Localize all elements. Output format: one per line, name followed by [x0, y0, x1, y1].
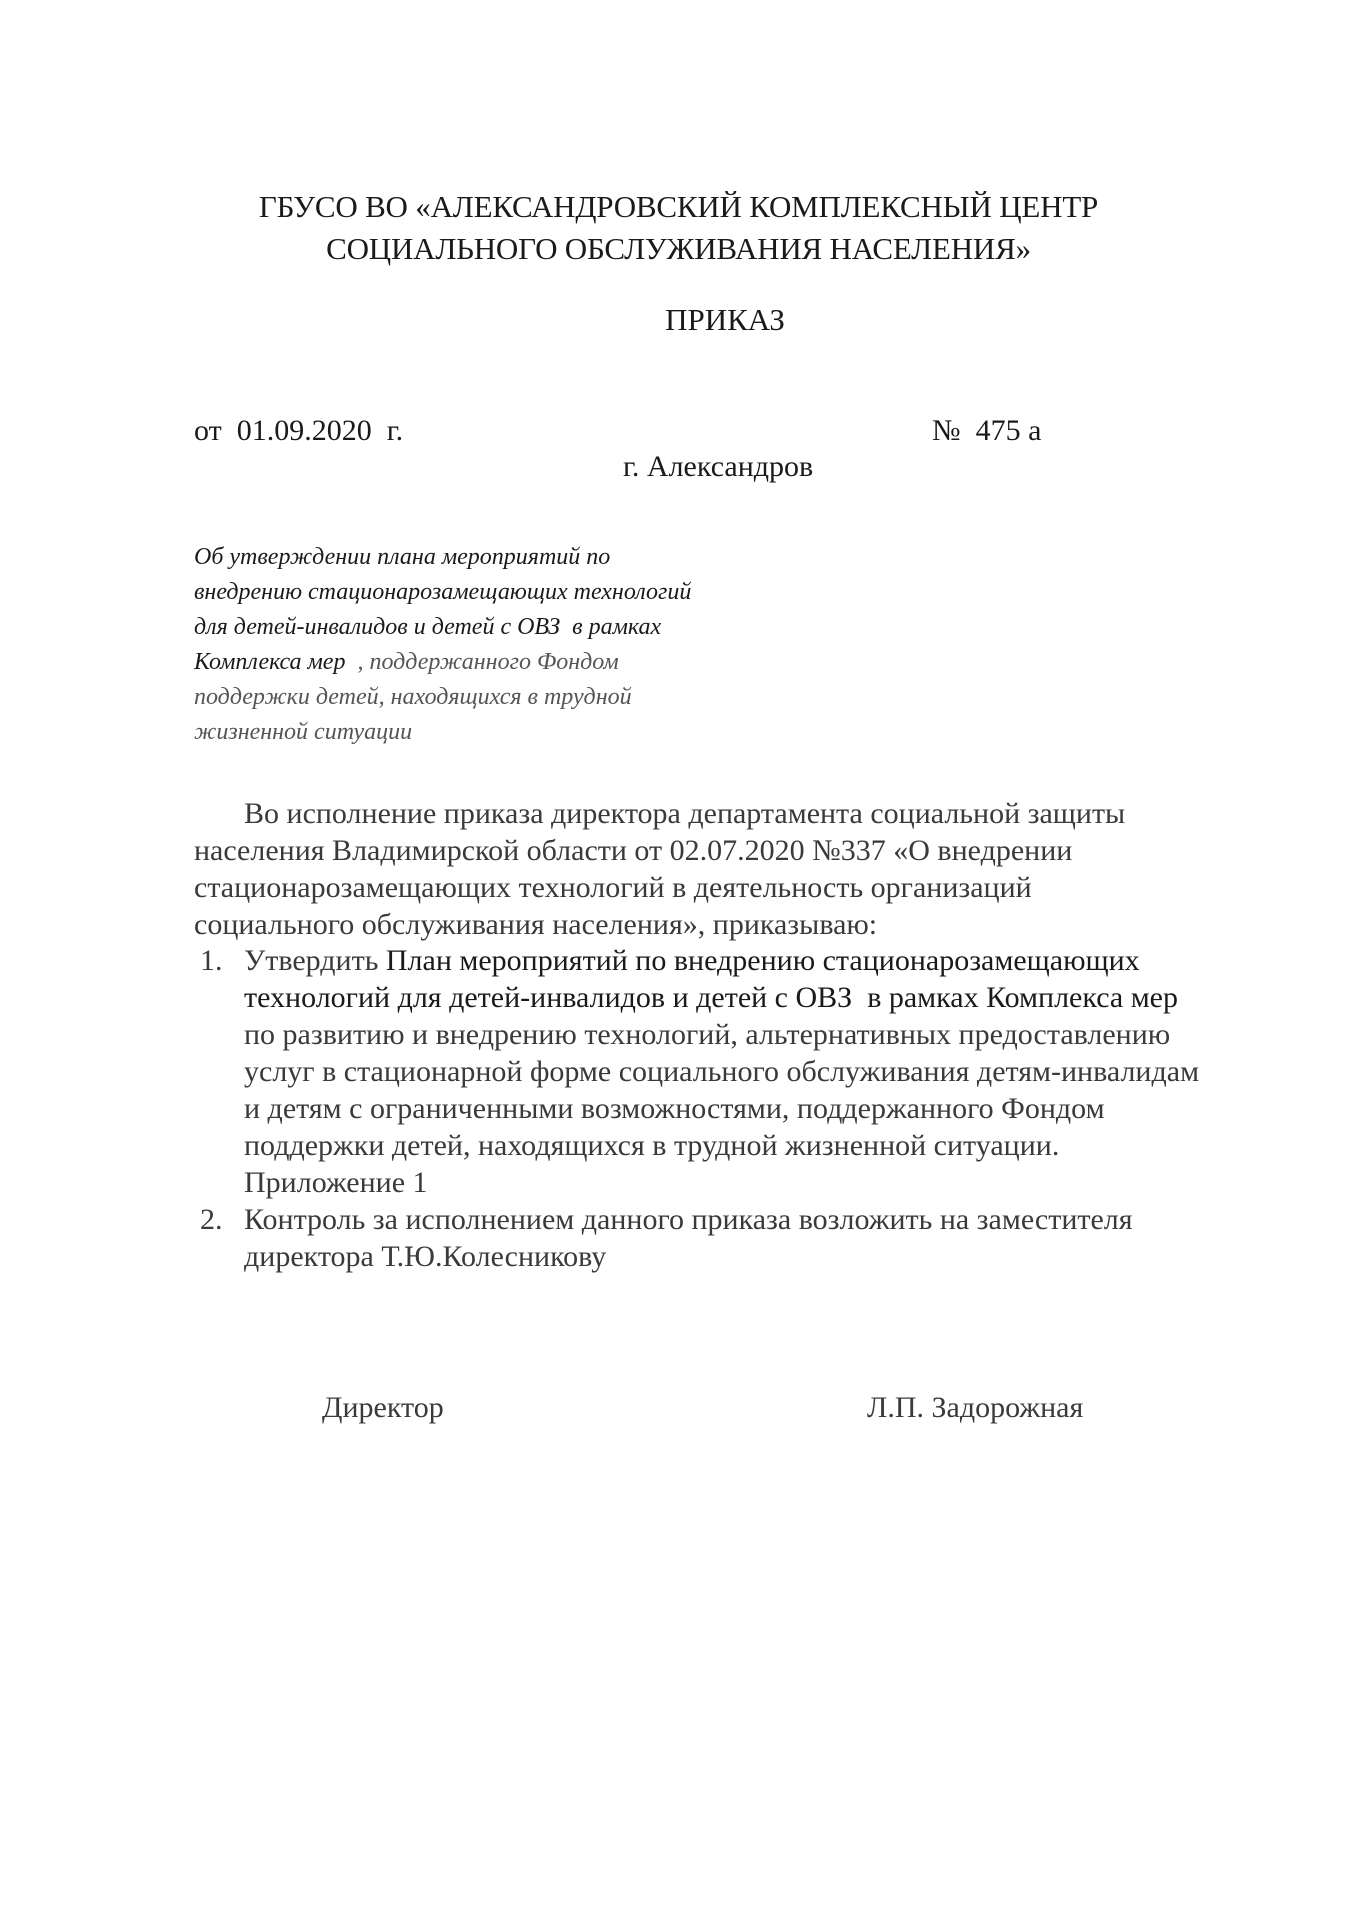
- subject-line: Комплекса мер , поддержанного Фондом: [194, 645, 834, 680]
- signature-position: Директор: [322, 1388, 444, 1428]
- list-item-line: Контроль за исполнением данного приказа …: [244, 1201, 1294, 1238]
- list-item-line: технологий для детей-инвалидов и детей с…: [244, 979, 1294, 1016]
- document-city: г. Александров: [623, 447, 813, 487]
- list-item-number: 1.: [200, 942, 223, 979]
- document-type-title: ПРИКАЗ: [0, 300, 1357, 340]
- preamble-line: населения Владимирской области от 02.07.…: [194, 832, 1294, 869]
- order-item-2: 2. Контроль за исполнением данного прика…: [194, 1201, 1294, 1275]
- preamble-line: стационарозамещающих технологий в деятел…: [194, 869, 1294, 906]
- list-item-number: 2.: [200, 1201, 223, 1238]
- subject-line-dark-part: Комплекса мер: [194, 649, 345, 675]
- order-item-1: 1. Утвердить План мероприятий по внедрен…: [194, 942, 1294, 1201]
- organization-header: ГБУСО ВО «АЛЕКСАНДРОВСКИЙ КОМПЛЕКСНЫЙ ЦЕ…: [0, 186, 1357, 270]
- document-subject: Об утверждении плана мероприятий по внед…: [194, 540, 834, 750]
- subject-line: для детей-инвалидов и детей с ОВЗ в рамк…: [194, 610, 834, 645]
- list-item-text: Утвердить: [244, 944, 386, 977]
- list-item-line: директора Т.Ю.Колесникову: [244, 1238, 1294, 1275]
- preamble-line: социального обслуживания населения», при…: [194, 906, 1294, 943]
- document-page: ГБУСО ВО «АЛЕКСАНДРОВСКИЙ КОМПЛЕКСНЫЙ ЦЕ…: [0, 0, 1357, 1920]
- subject-line: жизненной ситуации: [194, 715, 834, 750]
- document-date: от 01.09.2020 г.: [194, 411, 403, 451]
- list-item-line: поддержки детей, находящихся в трудной ж…: [244, 1127, 1294, 1164]
- plan-title-text: План мероприятий по внедрению стационаро…: [386, 944, 1140, 977]
- list-item-line: по развитию и внедрению технологий, альт…: [244, 1016, 1294, 1053]
- appendix-reference: Приложение 1: [244, 1164, 1294, 1201]
- organization-name-line-1: ГБУСО ВО «АЛЕКСАНДРОВСКИЙ КОМПЛЕКСНЫЙ ЦЕ…: [0, 186, 1357, 228]
- order-items-list: 1. Утвердить План мероприятий по внедрен…: [194, 942, 1294, 1275]
- list-item-line: Утвердить План мероприятий по внедрению …: [244, 942, 1294, 979]
- subject-line-muted-part: , поддержанного Фондом: [345, 649, 618, 675]
- preamble-line: Во исполнение приказа директора департам…: [194, 795, 1294, 832]
- subject-line: Об утверждении плана мероприятий по: [194, 540, 834, 575]
- subject-line: поддержки детей, находящихся в трудной: [194, 680, 834, 715]
- subject-line: внедрению стационарозамещающих технологи…: [194, 575, 834, 610]
- list-item-line: услуг в стационарной форме социального о…: [244, 1053, 1294, 1090]
- document-number: № 475 а: [932, 411, 1041, 451]
- organization-name-line-2: СОЦИАЛЬНОГО ОБСЛУЖИВАНИЯ НАСЕЛЕНИЯ»: [0, 228, 1357, 270]
- preamble-paragraph: Во исполнение приказа директора департам…: [194, 795, 1294, 943]
- signature-name: Л.П. Задорожная: [867, 1388, 1083, 1428]
- list-item-line: и детям с ограниченными возможностями, п…: [244, 1090, 1294, 1127]
